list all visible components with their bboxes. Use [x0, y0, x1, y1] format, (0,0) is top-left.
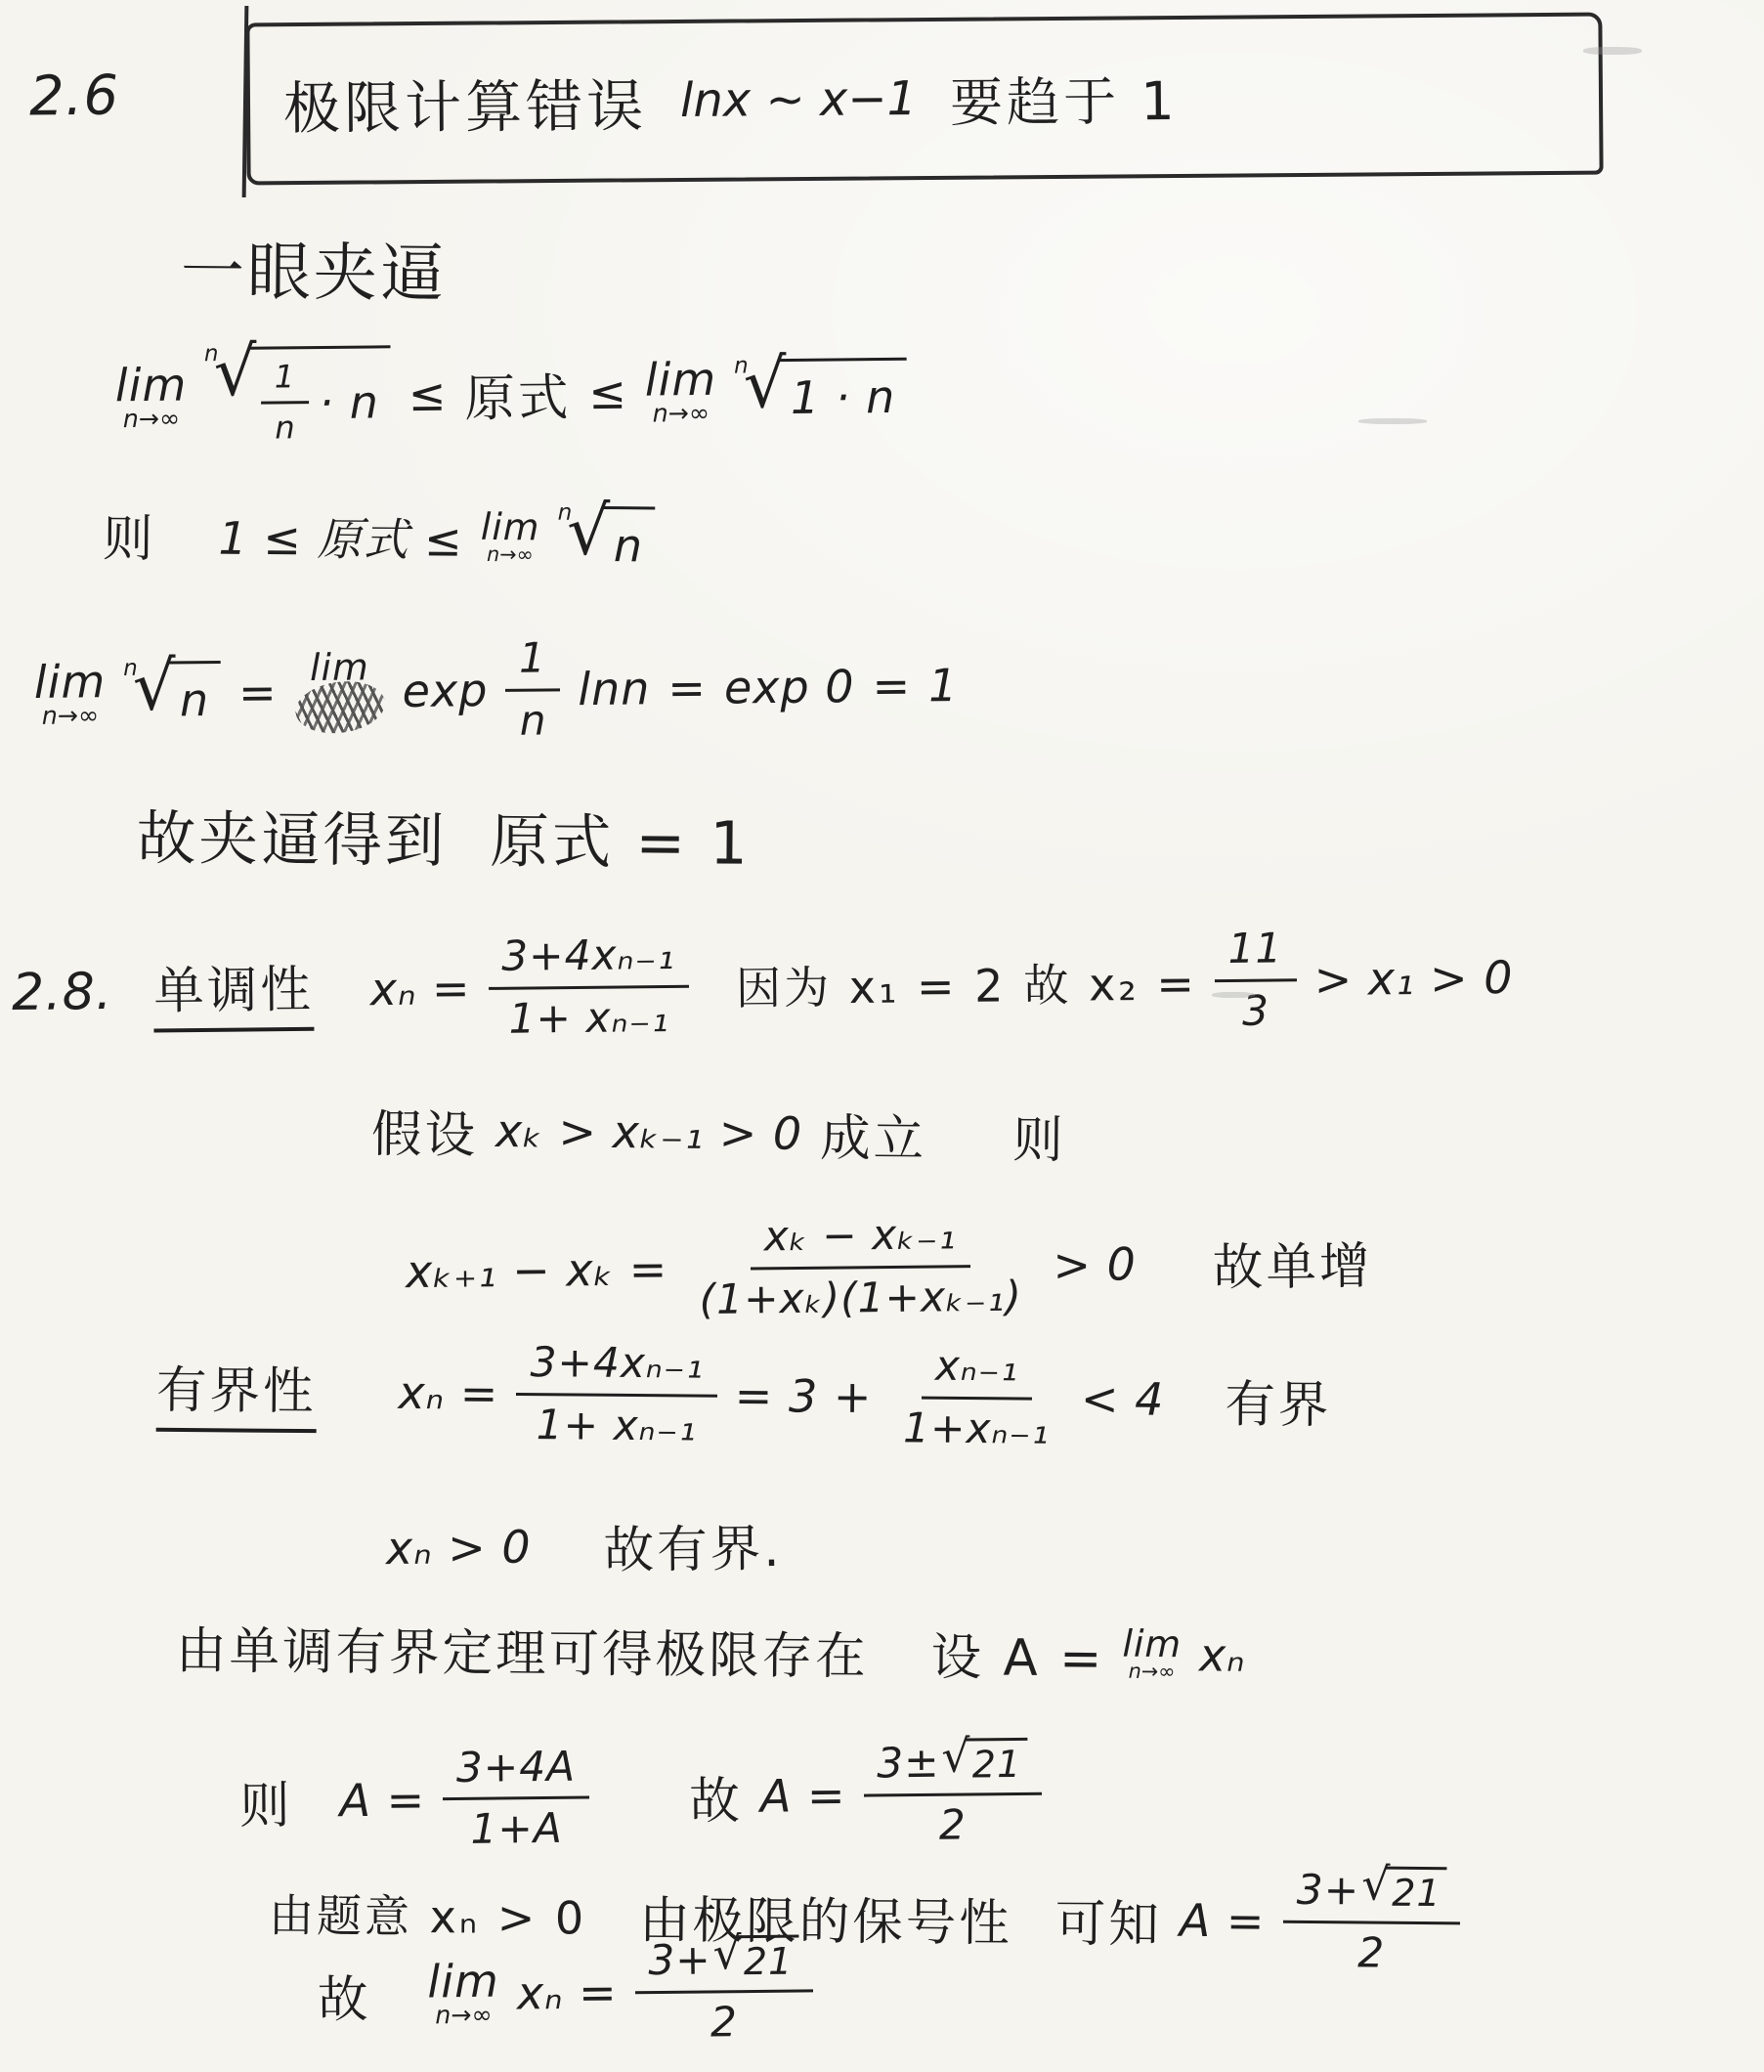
- recurrence-lhs: xₙ =: [370, 962, 471, 1015]
- leq-sign: ≤: [409, 368, 448, 421]
- radicand: n: [614, 519, 644, 572]
- result-one: 1: [928, 659, 959, 712]
- positivity-text: xₙ > 0: [386, 1521, 532, 1576]
- monotonicity-line: 2.8. 单调性 xₙ = 3+4xₙ₋₁ 1+ xₙ₋₁ 因为 x₁ = 2 …: [11, 923, 1514, 1048]
- limit-operator: lim n→∞: [645, 359, 717, 425]
- positivity-line: xₙ > 0 故有界.: [386, 1508, 783, 1584]
- square-root: √21: [941, 1738, 1027, 1788]
- then-label: 则: [1012, 1100, 1066, 1172]
- fraction-with-sqrt: 3+√21 2: [634, 1934, 813, 2047]
- theorem-line: 由单调有界定理可得极限存在 设 A = lim n→∞ xₙ: [176, 1610, 1246, 1692]
- limit-operator: lim n→∞: [34, 661, 107, 727]
- nth-root: n√ 1 · n: [734, 357, 908, 424]
- theorem-text: 由单调有界定理可得极限存在: [176, 1610, 869, 1688]
- exp-zero-term: exp 0: [724, 660, 855, 713]
- difference-lhs: xₖ₊₁ − xₖ =: [406, 1243, 668, 1299]
- nth-root: n√ 1 n · n: [204, 345, 391, 447]
- fraction: xₖ − xₖ₋₁ (1+xₖ)(1+xₖ₋₁): [685, 1210, 1036, 1323]
- title-heading: 极限计算错误: [283, 60, 648, 145]
- evaluation-line: lim n→∞ n√ n = lim exp 1 n lnn = exp 0 =…: [33, 630, 958, 750]
- fraction: 1 n: [261, 359, 310, 447]
- fraction: 3+4xₙ₋₁ 1+ xₙ₋₁: [516, 1339, 717, 1450]
- holds-label: 成立: [820, 1098, 927, 1171]
- equals-three-plus: = 3 +: [735, 1369, 873, 1423]
- limit-subscript: n→∞: [487, 545, 534, 565]
- equation-lhs: A =: [760, 1769, 846, 1823]
- conclusion-line: 故夹逼得到 原式 = 1: [137, 791, 752, 881]
- equals-sign: =: [667, 662, 707, 714]
- sequence-variable: xₙ: [1199, 1628, 1246, 1681]
- fraction-with-sqrt: 3±√21 2: [863, 1738, 1042, 1850]
- assume-label: 假设: [371, 1094, 479, 1167]
- limit-operator: lim n→∞: [1122, 1627, 1182, 1682]
- know-label: 可知: [1055, 1882, 1163, 1956]
- radicand: n: [180, 673, 210, 726]
- fraction: 1 n: [505, 634, 561, 745]
- section-number-text: 2.8.: [12, 963, 113, 1022]
- equation-lhs: A =: [339, 1773, 425, 1827]
- original-expression-label: 原式: [464, 357, 572, 430]
- boundedness-line: 有界性 xₙ = 3+4xₙ₋₁ 1+ xₙ₋₁ = 3 + xₙ₋₁ 1+xₙ…: [156, 1336, 1332, 1456]
- smudge-mark: [1583, 47, 1642, 55]
- less-than-four: < 4: [1081, 1372, 1165, 1426]
- method-label-line: 一眼夹逼: [181, 220, 448, 314]
- equals-sign: =: [872, 660, 911, 712]
- assumption-inequality: xₖ > xₖ₋₁ > 0: [495, 1104, 803, 1160]
- sequence-variable: xₙ =: [517, 1965, 618, 2019]
- crossed-out-scribble: [292, 676, 388, 739]
- section-number-text: 2.6: [29, 65, 120, 129]
- final-limit-line: 故 lim n→∞ xₙ = 3+√21 2: [317, 1934, 813, 2050]
- assumption-line: 假设 xₖ > xₖ₋₁ > 0 成立 则: [371, 1094, 1066, 1172]
- title-box: 极限计算错误 lnx ~ x−1 要趋于 1: [245, 13, 1603, 186]
- square-root: √21: [1361, 1866, 1447, 1916]
- fraction: 11 3: [1214, 925, 1297, 1035]
- then-label: 则: [239, 1764, 293, 1837]
- limit-operator: lim n→∞: [115, 365, 188, 431]
- smudge-mark: [1212, 992, 1255, 998]
- then-label: 则: [103, 498, 156, 571]
- notebook-page: 2.6 极限计算错误 lnx ~ x−1 要趋于 1 一眼夹逼 lim n→∞ …: [0, 0, 1764, 2072]
- conclusion-result: 原式 = 1: [490, 794, 751, 881]
- limit-operator: lim n→∞: [427, 1961, 499, 2027]
- squeeze-inequality-line: lim n→∞ n√ 1 n · n ≤ 原式 ≤ lim n→∞ n√ 1 ·…: [114, 340, 907, 449]
- equals-sign: =: [238, 667, 278, 719]
- greater-than-zero: > 0: [1053, 1238, 1137, 1292]
- so-label: 故: [318, 1959, 371, 2032]
- equation-lhs: A =: [1180, 1894, 1266, 1948]
- limit-subscript: n→∞: [435, 2003, 493, 2027]
- then-inequality-line: 则 1 ≤ 原式 ≤ lim n→∞ n√ n: [103, 498, 656, 576]
- fraction-with-sqrt: 3+√21 2: [1282, 1866, 1461, 1978]
- fraction: 3+4A 1+A: [443, 1743, 590, 1854]
- method-label: 一眼夹逼: [181, 220, 448, 314]
- lnn-term: lnn: [578, 663, 651, 716]
- recurrence-lhs: xₙ =: [398, 1366, 498, 1420]
- limit-subscript: n→∞: [653, 402, 710, 426]
- increasing-note: 故单增: [1213, 1226, 1373, 1300]
- boundedness-heading: 有界性: [156, 1350, 317, 1433]
- title-formula: lnx ~ x−1: [680, 71, 917, 128]
- limit-operator-crossed: lim: [294, 650, 385, 733]
- fraction: xₙ₋₁ 1+xₙ₋₁: [889, 1342, 1064, 1453]
- bounded-note: 有界: [1225, 1363, 1332, 1437]
- radicand: 1 · n: [791, 369, 896, 423]
- exp-operator: exp: [402, 664, 488, 717]
- limit-operator: lim n→∞: [480, 510, 539, 565]
- conclusion-prefix: 故夹逼得到: [137, 791, 448, 879]
- smudge-mark: [1358, 418, 1427, 424]
- nth-root: n√ n: [557, 505, 655, 572]
- section-2-6-number: 2.6: [29, 65, 120, 129]
- difference-line: xₖ₊₁ − xₖ = xₖ − xₖ₋₁ (1+xₖ)(1+xₖ₋₁) > 0…: [405, 1207, 1373, 1327]
- limit-subscript: n→∞: [1129, 1662, 1176, 1682]
- setup-text: 设 A =: [930, 1617, 1104, 1691]
- bounded-conclusion: 故有界.: [603, 1508, 783, 1582]
- limit-subscript: n→∞: [42, 704, 100, 728]
- inequality-text: 1 ≤ 原式 ≤: [218, 503, 463, 570]
- nth-root: n√ n: [123, 661, 221, 727]
- inequality-tail: > x₁ > 0: [1313, 951, 1513, 1006]
- monotonicity-heading: 单调性: [153, 949, 314, 1033]
- fixed-point-line: 则 A = 3+4A 1+A 故 A = 3±√21 2: [238, 1738, 1042, 1857]
- radicand-factor: · n: [319, 375, 379, 429]
- because-text: 因为 x₁ = 2: [736, 951, 1007, 1018]
- so-text: 故 x₂ =: [1023, 949, 1197, 1015]
- leq-sign: ≤: [588, 367, 627, 419]
- fraction: 3+4xₙ₋₁ 1+ xₙ₋₁: [488, 931, 690, 1043]
- square-root: √21: [712, 1934, 798, 1984]
- so-label: 故: [689, 1760, 743, 1834]
- limit-subscript: n→∞: [123, 407, 181, 431]
- title-suffix: 要趋于 1: [950, 59, 1179, 136]
